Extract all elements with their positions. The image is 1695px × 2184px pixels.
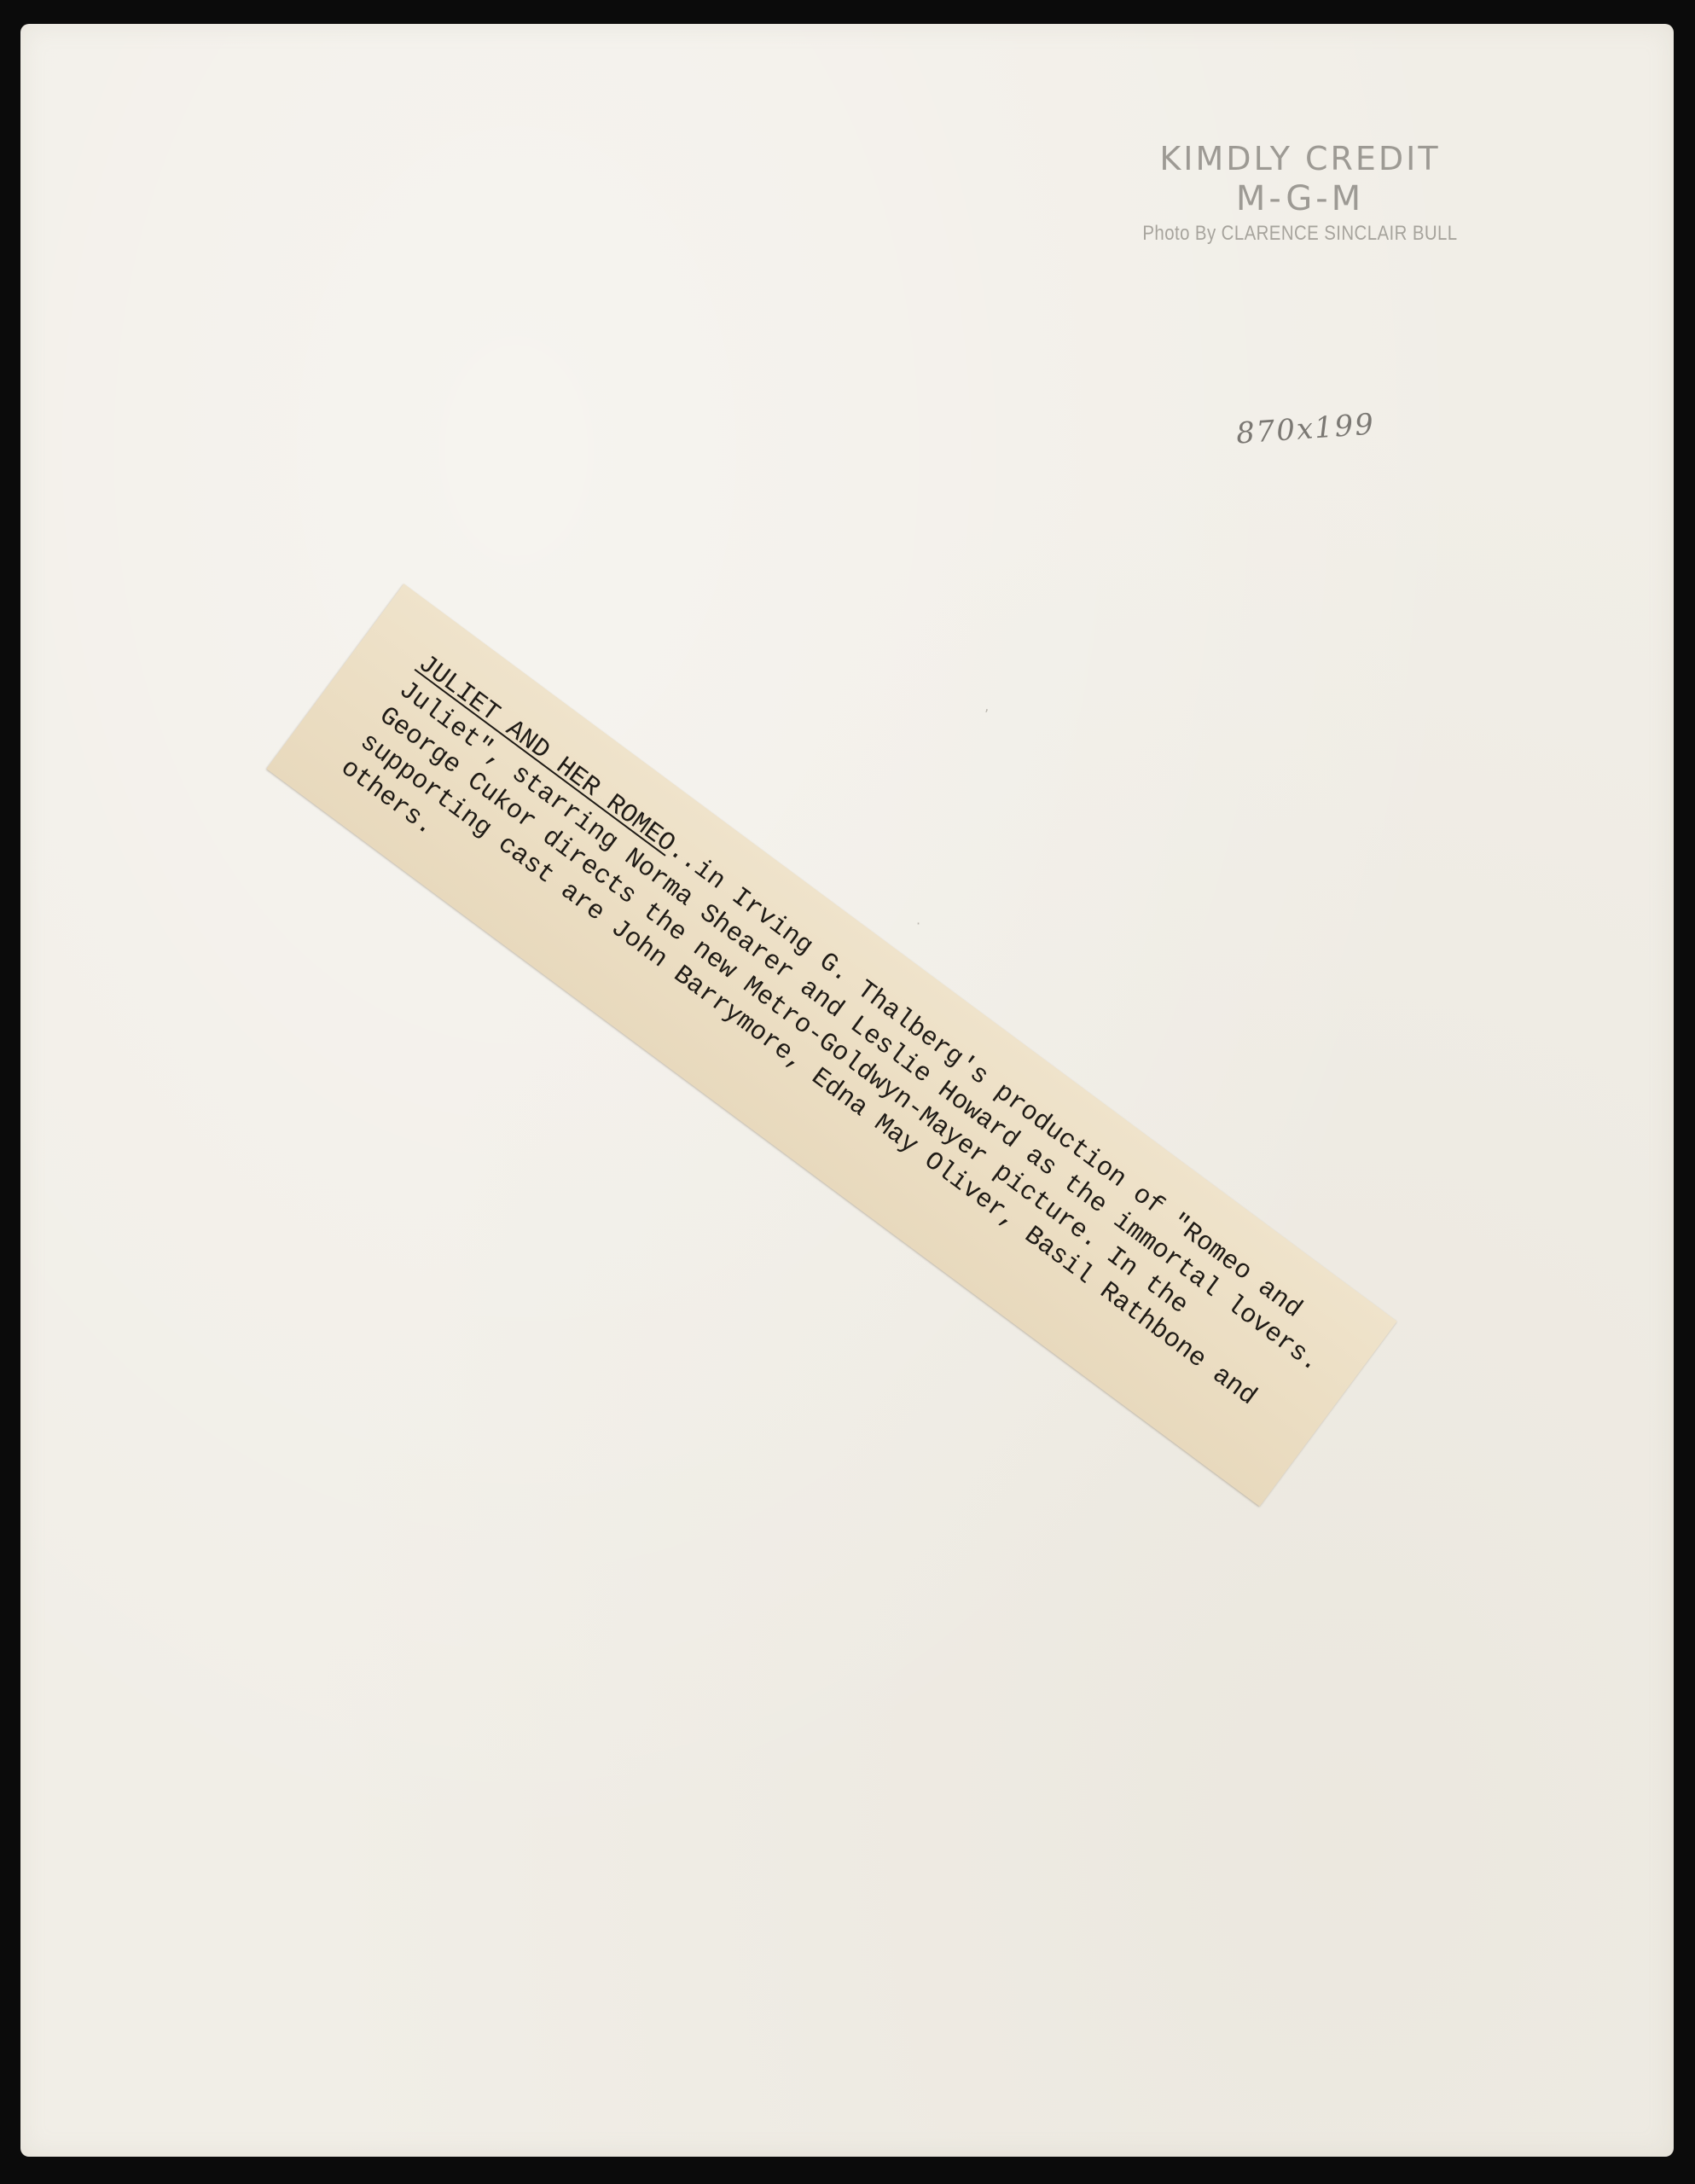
- pencil-mark: ·: [916, 915, 920, 932]
- handwritten-note: 870x199: [1235, 407, 1376, 450]
- stamp-credit-line: KIMDLY CREDIT: [1087, 139, 1513, 178]
- stamp-studio-line: M-G-M: [1087, 178, 1513, 219]
- credit-stamp: KIMDLY CREDIT M-G-M Photo By CLARENCE SI…: [1087, 139, 1513, 248]
- stamp-photographer-line: Photo By CLARENCE SINCLAIR BULL: [1119, 219, 1482, 248]
- pencil-mark: ʼ: [984, 706, 989, 723]
